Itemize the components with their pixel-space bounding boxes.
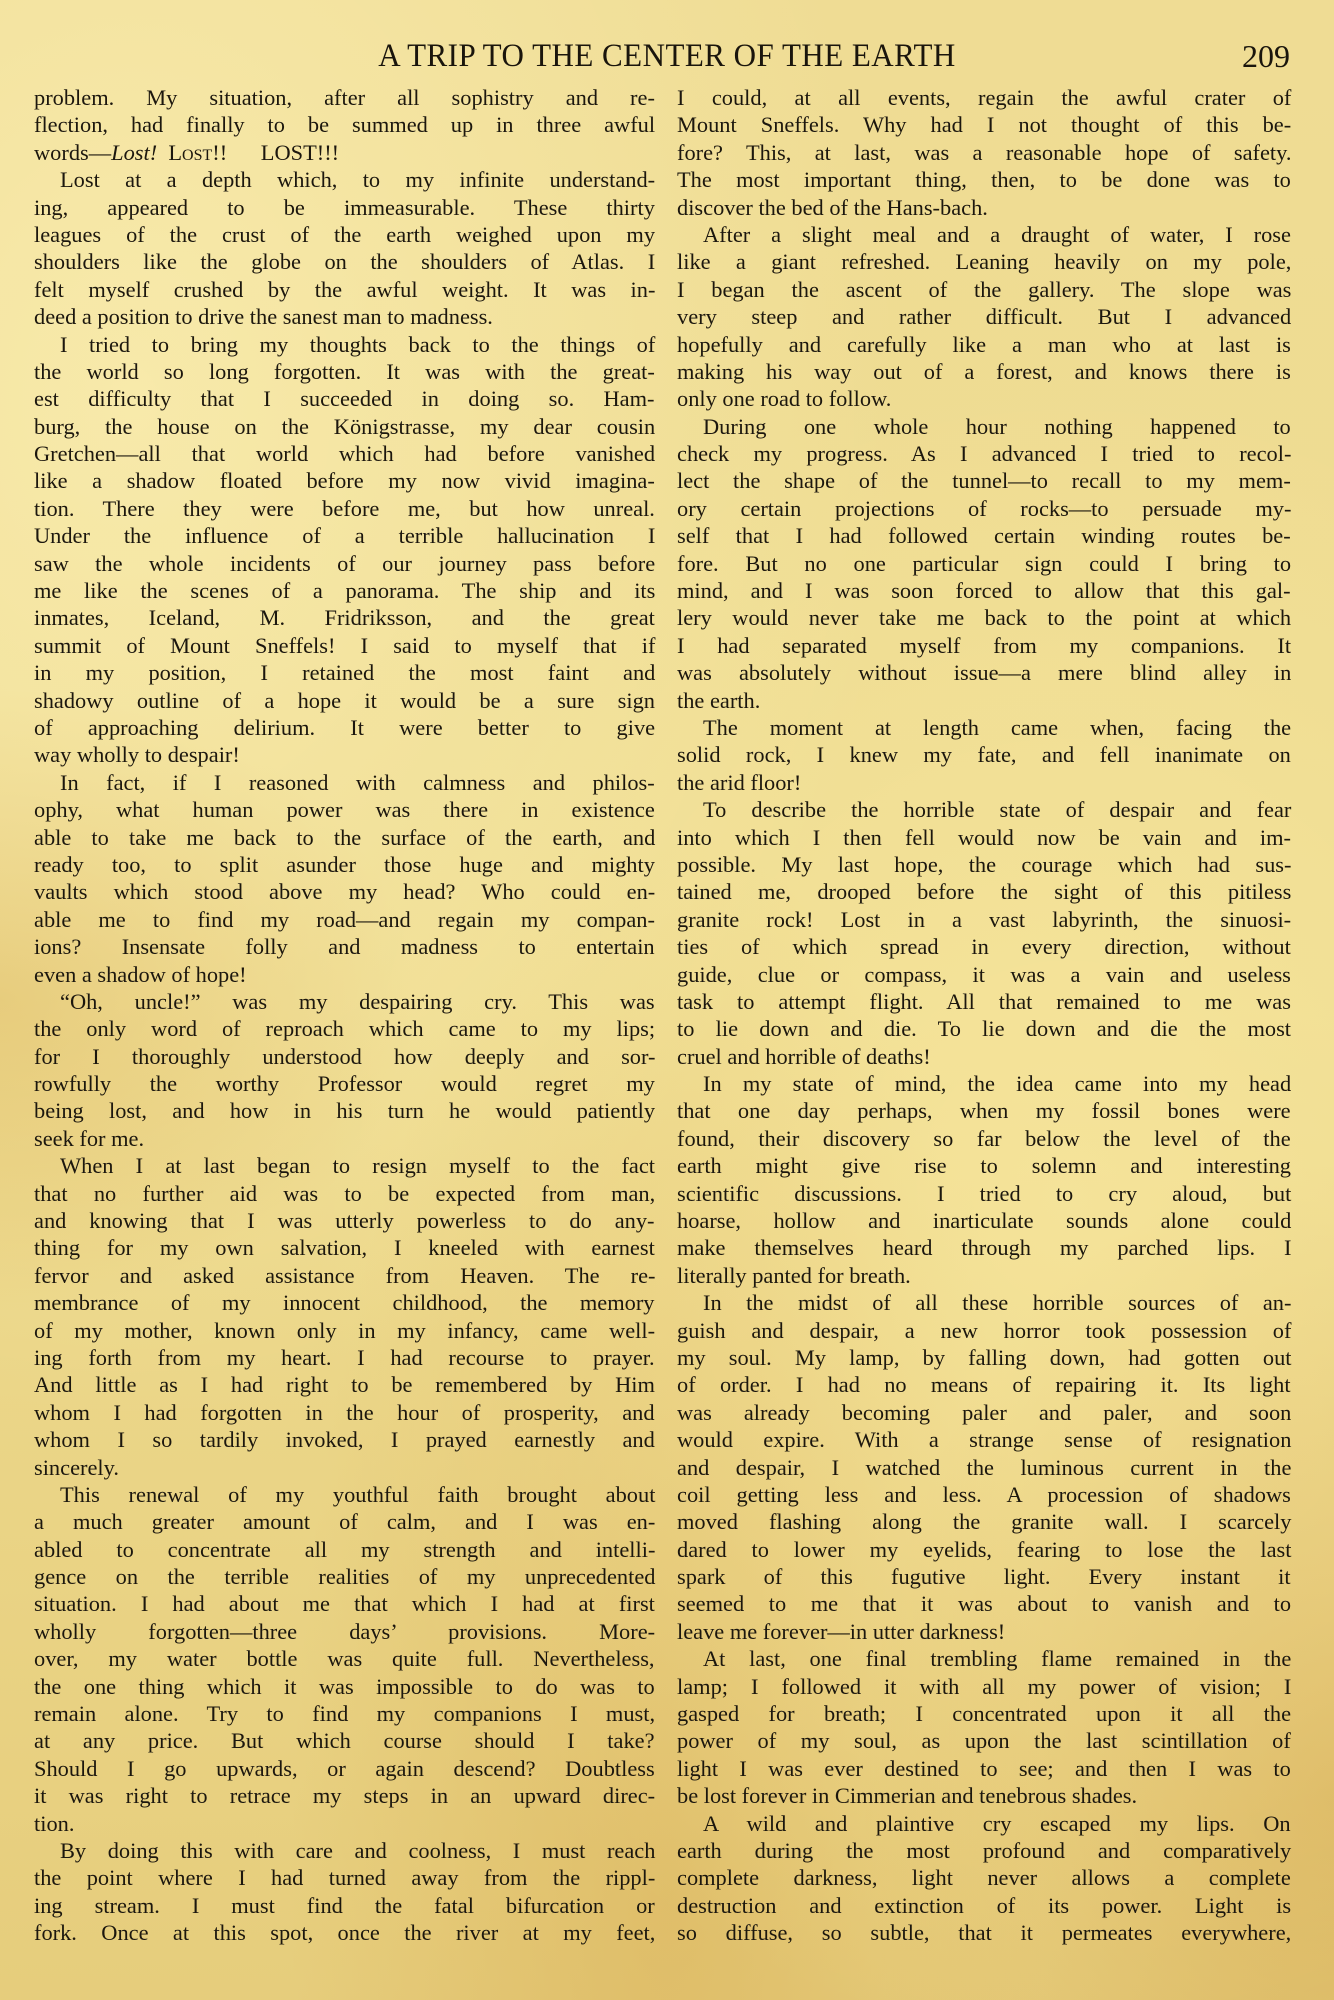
caps-emphasis: LOST!!! — [261, 140, 339, 165]
text-line: of my mother, known only in my infancy, … — [34, 1317, 655, 1344]
text-line: of approaching delirium. It were better … — [34, 714, 655, 741]
text-line: and despair, I watched the luminous curr… — [677, 1454, 1291, 1481]
paragraph: In fact, if I reasoned with calmness and… — [34, 769, 655, 988]
paragraph: After a slight meal and a draught of wat… — [677, 221, 1291, 413]
text-line: guish and despair, a new horror took pos… — [677, 1317, 1291, 1344]
text-line: task to attempt flight. All that remaine… — [677, 988, 1291, 1015]
text-line: tion. — [34, 1810, 655, 1837]
text-line: “Oh, uncle!” was my despairing cry. This… — [34, 988, 655, 1015]
text-line: membrance of my innocent childhood, the … — [34, 1289, 655, 1316]
text-line: earth during the most profound and compa… — [677, 1837, 1291, 1864]
text-line: In my state of mind, the idea came into … — [677, 1070, 1291, 1097]
text-line: est difficulty that I succeeded in doing… — [34, 385, 655, 412]
text-line: hopefully and carefully like a man who a… — [677, 331, 1291, 358]
text-line: lery would never take me back to the poi… — [677, 604, 1291, 631]
text-line: I could, at all events, regain the awful… — [677, 84, 1291, 111]
paragraph: I could, at all events, regain the awful… — [677, 84, 1291, 221]
text-line: discover the bed of the Hans-bach. — [677, 194, 1291, 221]
text-line: sincerely. — [34, 1454, 655, 1481]
paragraph: “Oh, uncle!” was my despairing cry. This… — [34, 988, 655, 1152]
text-line: lamp; I followed it with all my power of… — [677, 1673, 1291, 1700]
running-head: A TRIP TO THE CENTER OF THE EARTH 209 — [0, 36, 1334, 76]
text-line: able me to find my road—and regain my co… — [34, 906, 655, 933]
text-line: tion. There they were before me, but how… — [34, 495, 655, 522]
text-line: seemed to me that it was about to vanish… — [677, 1590, 1291, 1617]
text-line: situation. I had about me that which I h… — [34, 1590, 655, 1617]
text-line: saw the whole incidents of our journey p… — [34, 550, 655, 577]
text-line: guide, clue or compass, it was a vain an… — [677, 961, 1291, 988]
text-line: very steep and rather difficult. But I a… — [677, 303, 1291, 330]
text-line: only one road to follow. — [677, 385, 1291, 412]
text-line: found, their discovery so far below the … — [677, 1125, 1291, 1152]
text-line: at any price. But which course should I … — [34, 1727, 655, 1754]
text-line: was absolutely without issue—a mere blin… — [677, 659, 1291, 686]
text-line: This renewal of my youthful faith brough… — [34, 1481, 655, 1508]
text-line: rowfully the worthy Professor would regr… — [34, 1070, 655, 1097]
text-line: After a slight meal and a draught of wat… — [677, 221, 1291, 248]
text-line: ready too, to split asunder those huge a… — [34, 851, 655, 878]
text-line: into which I then fell would now be vain… — [677, 824, 1291, 851]
right-column: I could, at all events, regain the awful… — [677, 84, 1291, 1947]
text-line: inmates, Iceland, M. Fridriksson, and th… — [34, 604, 655, 631]
text-line: words—Lost! Lost!! LOST!!! — [34, 139, 655, 166]
text-line: complete darkness, light never allows a … — [677, 1864, 1291, 1891]
text-line: cruel and horrible of deaths! — [677, 1043, 1291, 1070]
text-fragment: words— — [34, 140, 111, 165]
text-line: hoarse, hollow and inarticulate sounds a… — [677, 1207, 1291, 1234]
text-line: the arid floor! — [677, 769, 1291, 796]
text-line: the earth. — [677, 687, 1291, 714]
paragraph: In my state of mind, the idea came into … — [677, 1070, 1291, 1289]
text-line: mind, and I was soon forced to allow tha… — [677, 577, 1291, 604]
text-line: Under the influence of a terrible halluc… — [34, 522, 655, 549]
text-line: would expire. With a strange sense of re… — [677, 1426, 1291, 1453]
text-line: like a giant refreshed. Leaning heavily … — [677, 248, 1291, 275]
text-line: way wholly to despair! — [34, 741, 655, 768]
text-line: self that I had followed certain winding… — [677, 522, 1291, 549]
text-line: thing for my own salvation, I kneeled wi… — [34, 1234, 655, 1261]
paragraph: The moment at length came when, facing t… — [677, 714, 1291, 796]
text-line: so diffuse, so subtle, that it permeates… — [677, 1919, 1291, 1946]
text-line: the point where I had turned away from t… — [34, 1864, 655, 1891]
text-line: it was right to retrace my steps in an u… — [34, 1782, 655, 1809]
text-line: deed a position to drive the sanest man … — [34, 303, 655, 330]
text-line: granite rock! Lost in a vast labyrinth, … — [677, 906, 1291, 933]
text-line: Should I go upwards, or again descend? D… — [34, 1755, 655, 1782]
text-line: possible. My last hope, the courage whic… — [677, 851, 1291, 878]
text-line: The moment at length came when, facing t… — [677, 714, 1291, 741]
text-line: By doing this with care and coolness, I … — [34, 1837, 655, 1864]
text-line: I had separated myself from my companion… — [677, 632, 1291, 659]
text-line: leave me forever—in utter darkness! — [677, 1618, 1291, 1645]
text-line: over, my water bottle was quite full. Ne… — [34, 1645, 655, 1672]
text-line: shadowy outline of a hope it would be a … — [34, 687, 655, 714]
text-line: destruction and extinction of its power.… — [677, 1892, 1291, 1919]
text-line: my soul. My lamp, by falling down, had g… — [677, 1344, 1291, 1371]
text-line: Gretchen—all that world which had before… — [34, 440, 655, 467]
text-line: in my position, I retained the most fain… — [34, 659, 655, 686]
smallcaps-emphasis: Lost!! — [168, 140, 227, 165]
paragraph: During one whole hour nothing happened t… — [677, 413, 1291, 714]
text-line: wholly forgotten—three days’ provisions.… — [34, 1618, 655, 1645]
text-line: A wild and plaintive cry escaped my lips… — [677, 1810, 1291, 1837]
paragraph: In the midst of all these horrible sourc… — [677, 1289, 1291, 1645]
text-line: ophy, what human power was there in exis… — [34, 796, 655, 823]
text-line: for I thoroughly understood how deeply a… — [34, 1043, 655, 1070]
text-line: be lost forever in Cimmerian and tenebro… — [677, 1782, 1291, 1809]
text-line: fervor and asked assistance from Heaven.… — [34, 1262, 655, 1289]
text-line: like a shadow floated before my now vivi… — [34, 467, 655, 494]
text-line: I began the ascent of the gallery. The s… — [677, 276, 1291, 303]
text-line: felt myself crushed by the awful weight.… — [34, 276, 655, 303]
text-line: fore? This, at last, was a reasonable ho… — [677, 139, 1291, 166]
text-line: power of my soul, as upon the last scint… — [677, 1727, 1291, 1754]
text-line: whom I so tardily invoked, I prayed earn… — [34, 1426, 655, 1453]
text-line: moved flashing along the granite wall. I… — [677, 1508, 1291, 1535]
italic-emphasis: Lost! — [111, 140, 157, 165]
paragraph: I tried to bring my thoughts back to the… — [34, 331, 655, 769]
paragraph: To describe the horrible state of despai… — [677, 796, 1291, 1070]
text-line: flection, had finally to be summed up in… — [34, 111, 655, 138]
text-line: earth might give rise to solemn and inte… — [677, 1152, 1291, 1179]
paragraph: When I at last began to resign myself to… — [34, 1152, 655, 1481]
text-line: spark of this fugutive light. Every inst… — [677, 1563, 1291, 1590]
text-line: In the midst of all these horrible sourc… — [677, 1289, 1291, 1316]
text-line: ions? Insensate folly and madness to ent… — [34, 933, 655, 960]
paragraph: By doing this with care and coolness, I … — [34, 1837, 655, 1947]
text-line: I tried to bring my thoughts back to the… — [34, 331, 655, 358]
text-line: the only word of reproach which came to … — [34, 1015, 655, 1042]
text-line: Lost at a depth which, to my infinite un… — [34, 166, 655, 193]
text-line: even a shadow of hope! — [34, 961, 655, 988]
paragraph: problem. My situation, after all sophist… — [34, 84, 655, 166]
text-line: coil getting less and less. A procession… — [677, 1481, 1291, 1508]
text-line: And little as I had right to be remember… — [34, 1371, 655, 1398]
text-line: burg, the house on the Königstrasse, my … — [34, 413, 655, 440]
text-line: that one day perhaps, when my fossil bon… — [677, 1097, 1291, 1124]
page-number: 209 — [1242, 36, 1290, 76]
text-line: and knowing that I was utterly powerless… — [34, 1207, 655, 1234]
text-line: lect the shape of the tunnel—to recall t… — [677, 467, 1291, 494]
text-line: that no further aid was to be expected f… — [34, 1180, 655, 1207]
text-line: me like the scenes of a panorama. The sh… — [34, 577, 655, 604]
text-line: To describe the horrible state of despai… — [677, 796, 1291, 823]
book-page: A TRIP TO THE CENTER OF THE EARTH 209 pr… — [0, 0, 1334, 2000]
text-line: was already becoming paler and paler, an… — [677, 1399, 1291, 1426]
text-line: gence on the terrible realities of my un… — [34, 1563, 655, 1590]
text-line: seek for me. — [34, 1125, 655, 1152]
text-line: tained me, drooped before the sight of t… — [677, 878, 1291, 905]
left-column: problem. My situation, after all sophist… — [34, 84, 655, 1947]
text-line: literally panted for breath. — [677, 1262, 1291, 1289]
text-line: fore. But no one particular sign could I… — [677, 550, 1291, 577]
text-line: leagues of the crust of the earth weighe… — [34, 221, 655, 248]
text-line: to lie down and die. To lie down and die… — [677, 1015, 1291, 1042]
text-line: The most important thing, then, to be do… — [677, 166, 1291, 193]
text-line: the one thing which it was impossible to… — [34, 1673, 655, 1700]
paragraph: At last, one final trembling flame remai… — [677, 1645, 1291, 1809]
text-line: gasped for breath; I concentrated upon i… — [677, 1700, 1291, 1727]
text-line: fork. Once at this spot, once the river … — [34, 1919, 655, 1946]
text-line: solid rock, I knew my fate, and fell ina… — [677, 741, 1291, 768]
text-line: whom I had forgotten in the hour of pros… — [34, 1399, 655, 1426]
text-line: In fact, if I reasoned with calmness and… — [34, 769, 655, 796]
text-line: problem. My situation, after all sophist… — [34, 84, 655, 111]
text-line: ing forth from my heart. I had recourse … — [34, 1344, 655, 1371]
paragraph: A wild and plaintive cry escaped my lips… — [677, 1810, 1291, 1947]
text-line: being lost, and how in his turn he would… — [34, 1097, 655, 1124]
text-line: able to take me back to the surface of t… — [34, 824, 655, 851]
text-line: make themselves heard through my parched… — [677, 1234, 1291, 1261]
text-line: When I at last began to resign myself to… — [34, 1152, 655, 1179]
text-line: a much greater amount of calm, and I was… — [34, 1508, 655, 1535]
text-line: scientific discussions. I tried to cry a… — [677, 1180, 1291, 1207]
text-line: dared to lower my eyelids, fearing to lo… — [677, 1536, 1291, 1563]
text-line: ing stream. I must find the fatal bifurc… — [34, 1892, 655, 1919]
text-line: At last, one final trembling flame remai… — [677, 1645, 1291, 1672]
text-line: check my progress. As I advanced I tried… — [677, 440, 1291, 467]
text-line: summit of Mount Sneffels! I said to myse… — [34, 632, 655, 659]
text-line: abled to concentrate all my strength and… — [34, 1536, 655, 1563]
text-line: Mount Sneffels. Why had I not thought of… — [677, 111, 1291, 138]
paragraph: Lost at a depth which, to my infinite un… — [34, 166, 655, 330]
text-line: of order. I had no means of repairing it… — [677, 1371, 1291, 1398]
text-line: making his way out of a forest, and know… — [677, 358, 1291, 385]
text-line: ory certain projections of rocks—to pers… — [677, 495, 1291, 522]
text-line: remain alone. Try to find my companions … — [34, 1700, 655, 1727]
text-line: the world so long forgotten. It was with… — [34, 358, 655, 385]
text-line: shoulders like the globe on the shoulder… — [34, 248, 655, 275]
paragraph: This renewal of my youthful faith brough… — [34, 1481, 655, 1837]
text-line: light I was ever destined to see; and th… — [677, 1755, 1291, 1782]
text-line: ties of which spread in every direction,… — [677, 933, 1291, 960]
running-title: A TRIP TO THE CENTER OF THE EARTH — [40, 36, 1294, 76]
text-line: ing, appeared to be immeasurable. These … — [34, 194, 655, 221]
text-line: vaults which stood above my head? Who co… — [34, 878, 655, 905]
text-line: During one whole hour nothing happened t… — [677, 413, 1291, 440]
